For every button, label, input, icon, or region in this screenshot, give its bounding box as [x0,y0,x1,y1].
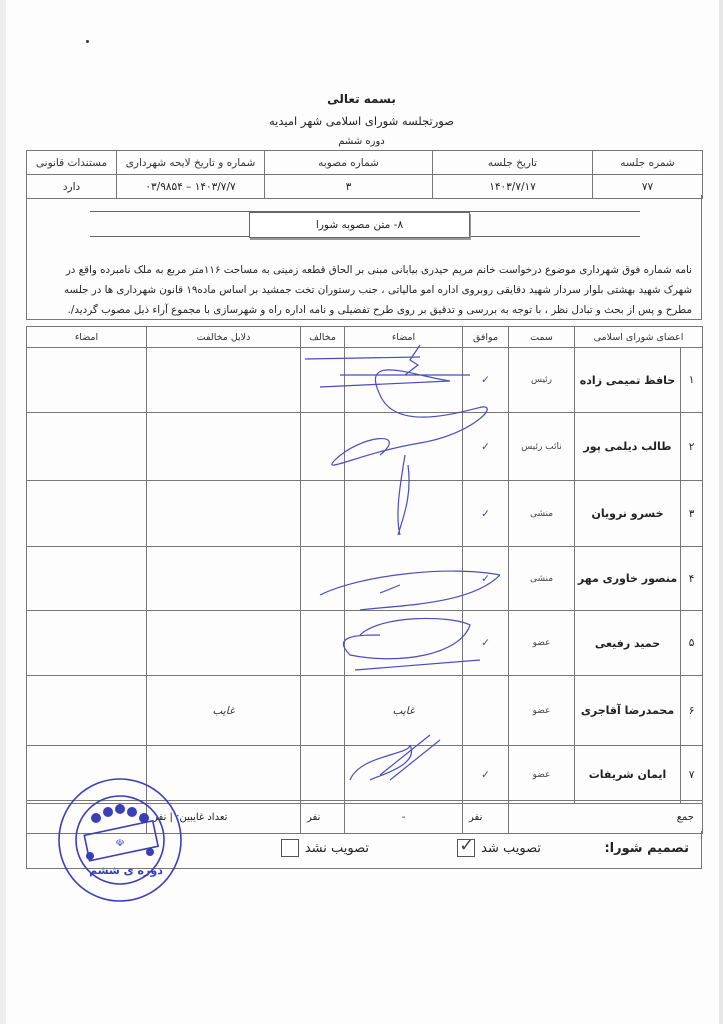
oppose-cell [301,676,345,746]
member-name: خسرو نرویان [575,481,681,547]
opposition-reasons [147,481,301,547]
members-table: اعضای شورای اسلامی سمت موافق امضاء مخالف… [26,326,703,804]
meta-header-session-date: تاریخ جلسه [433,151,593,175]
scan-right-edge [719,0,723,1024]
totals-oppose-unit: نفر [301,801,345,834]
member-role: عضو [509,611,575,676]
member-name: محمدرضا آقاجری [575,676,681,746]
oppose-cell [301,481,345,547]
absent-note-reasons: غایب [147,676,301,746]
member-number: ۵ [681,611,703,676]
header-role: سمت [509,327,575,348]
opposition-reasons [147,547,301,611]
member-signature [345,413,463,481]
member-role: عضو [509,676,575,746]
member-name: حافظ تمیمی زاده [575,348,681,413]
opposition-signature [27,547,147,611]
member-name: ایمان شریفات [575,746,681,804]
member-number: ۴ [681,547,703,611]
opposition-signature [27,481,147,547]
opposition-signature [27,676,147,746]
term-label: دوره ششم [0,136,723,147]
member-role: منشی [509,481,575,547]
resolution-line-1: نامه شماره فوق شهرداری موضوع درخواست خان… [36,260,692,280]
section-title: ۸- متن مصوبه شورا [249,212,470,238]
resolution-line-2: شهرک شهید بهشتی بلوار سردار شهید دقایقی … [36,280,692,300]
member-row: ۶ محمدرضا آقاجری عضو غایب غایب [27,676,703,746]
oppose-cell [301,746,345,804]
rejected-label: تصویب نشد [305,841,369,856]
scan-left-edge [0,0,6,1024]
resolution-line-3: مطرح و پس از بحث و تبادل نظر ، با توجه ب… [36,300,692,320]
member-signature [345,348,463,413]
member-role: نائب رئیس [509,413,575,481]
member-row: ۱ حافظ تمیمی زاده رئیس ✓ [27,348,703,413]
meta-header-row: شمره جلسه تاریخ جلسه شماره مصوبه شماره و… [27,151,703,175]
agree-checkmark: ✓ [463,481,509,547]
member-role: منشی [509,547,575,611]
member-name: طالب دیلمی پور [575,413,681,481]
oppose-cell [301,413,345,481]
member-number: ۶ [681,676,703,746]
opposition-reasons [147,348,301,413]
agree-checkmark: ✓ [463,348,509,413]
approved-label: تصویب شد [481,841,541,856]
document-header: بسمه تعالی صورتجلسه شورای اسلامی شهر امی… [0,92,723,147]
meta-header-legal-documents: مستندات قانونی [27,151,117,175]
header-agree: موافق [463,327,509,348]
stamp-center-text: دوره ی ششم [89,864,163,877]
member-number: ۳ [681,481,703,547]
agree-checkmark [463,676,509,746]
member-number: ۲ [681,413,703,481]
agree-checkmark: ✓ [463,746,509,804]
members-header-row: اعضای شورای اسلامی سمت موافق امضاء مخالف… [27,327,703,348]
resolution-text: نامه شماره فوق شهرداری موضوع درخواست خان… [36,260,692,320]
meta-header-bill-number-date: شماره و تاریخ لایحه شهرداری [117,151,265,175]
absent-note: غایب [345,676,463,746]
member-name: حمید رفیعی [575,611,681,676]
header-oppose: مخالف [301,327,345,348]
rejected-option[interactable]: تصویب نشد [281,839,369,857]
member-row: ۵ حمید رفیعی عضو ✓ [27,611,703,676]
member-signature [345,611,463,676]
totals-dash: - [345,801,463,834]
member-row: ۲ طالب دیلمی پور نائب رئیس ✓ [27,413,703,481]
totals-agree-unit: نفر [463,801,509,834]
meta-table: شمره جلسه تاریخ جلسه شماره مصوبه شماره و… [26,150,703,199]
member-name: منصور خاوری مهر [575,547,681,611]
agree-checkmark: ✓ [463,547,509,611]
rejected-checkbox[interactable] [281,839,299,857]
member-signature [345,746,463,804]
member-row: ۴ منصور خاوری مهر منشی ✓ [27,547,703,611]
opposition-signature [27,348,147,413]
member-number: ۱ [681,348,703,413]
council-stamp: ☫ دوره ی ششم [56,776,184,904]
document-title: صورتجلسه شورای اسلامی شهر امیدیه [0,114,723,128]
scan-speck [86,40,89,43]
member-row: ۳ خسرو نرویان منشی ✓ [27,481,703,547]
agree-checkmark: ✓ [463,611,509,676]
member-signature [345,481,463,547]
member-signature [345,547,463,611]
meta-header-session-number: شمره جلسه [593,151,703,175]
opposition-reasons [147,611,301,676]
opposition-signature [27,611,147,676]
decision-label: تصمیم شورا: [604,841,689,856]
svg-text:☫: ☫ [116,838,125,849]
opposition-reasons [147,413,301,481]
oppose-cell [301,348,345,413]
oppose-cell [301,611,345,676]
member-role: رئیس [509,348,575,413]
meta-header-resolution-number: شماره مصوبه [265,151,433,175]
header-signature: امضاء [345,327,463,348]
approved-option[interactable]: تصویب شد [457,839,541,857]
header-signature-2: امضاء [27,327,147,348]
invocation: بسمه تعالی [0,92,723,106]
oppose-cell [301,547,345,611]
approved-checkbox[interactable] [457,839,475,857]
totals-label: جمع [509,801,703,834]
opposition-signature [27,413,147,481]
member-role: عضو [509,746,575,804]
header-opposition-reasons: دلایل مخالفت [147,327,301,348]
header-member: اعضای شورای اسلامی [575,327,703,348]
agree-checkmark: ✓ [463,413,509,481]
member-number: ۷ [681,746,703,804]
